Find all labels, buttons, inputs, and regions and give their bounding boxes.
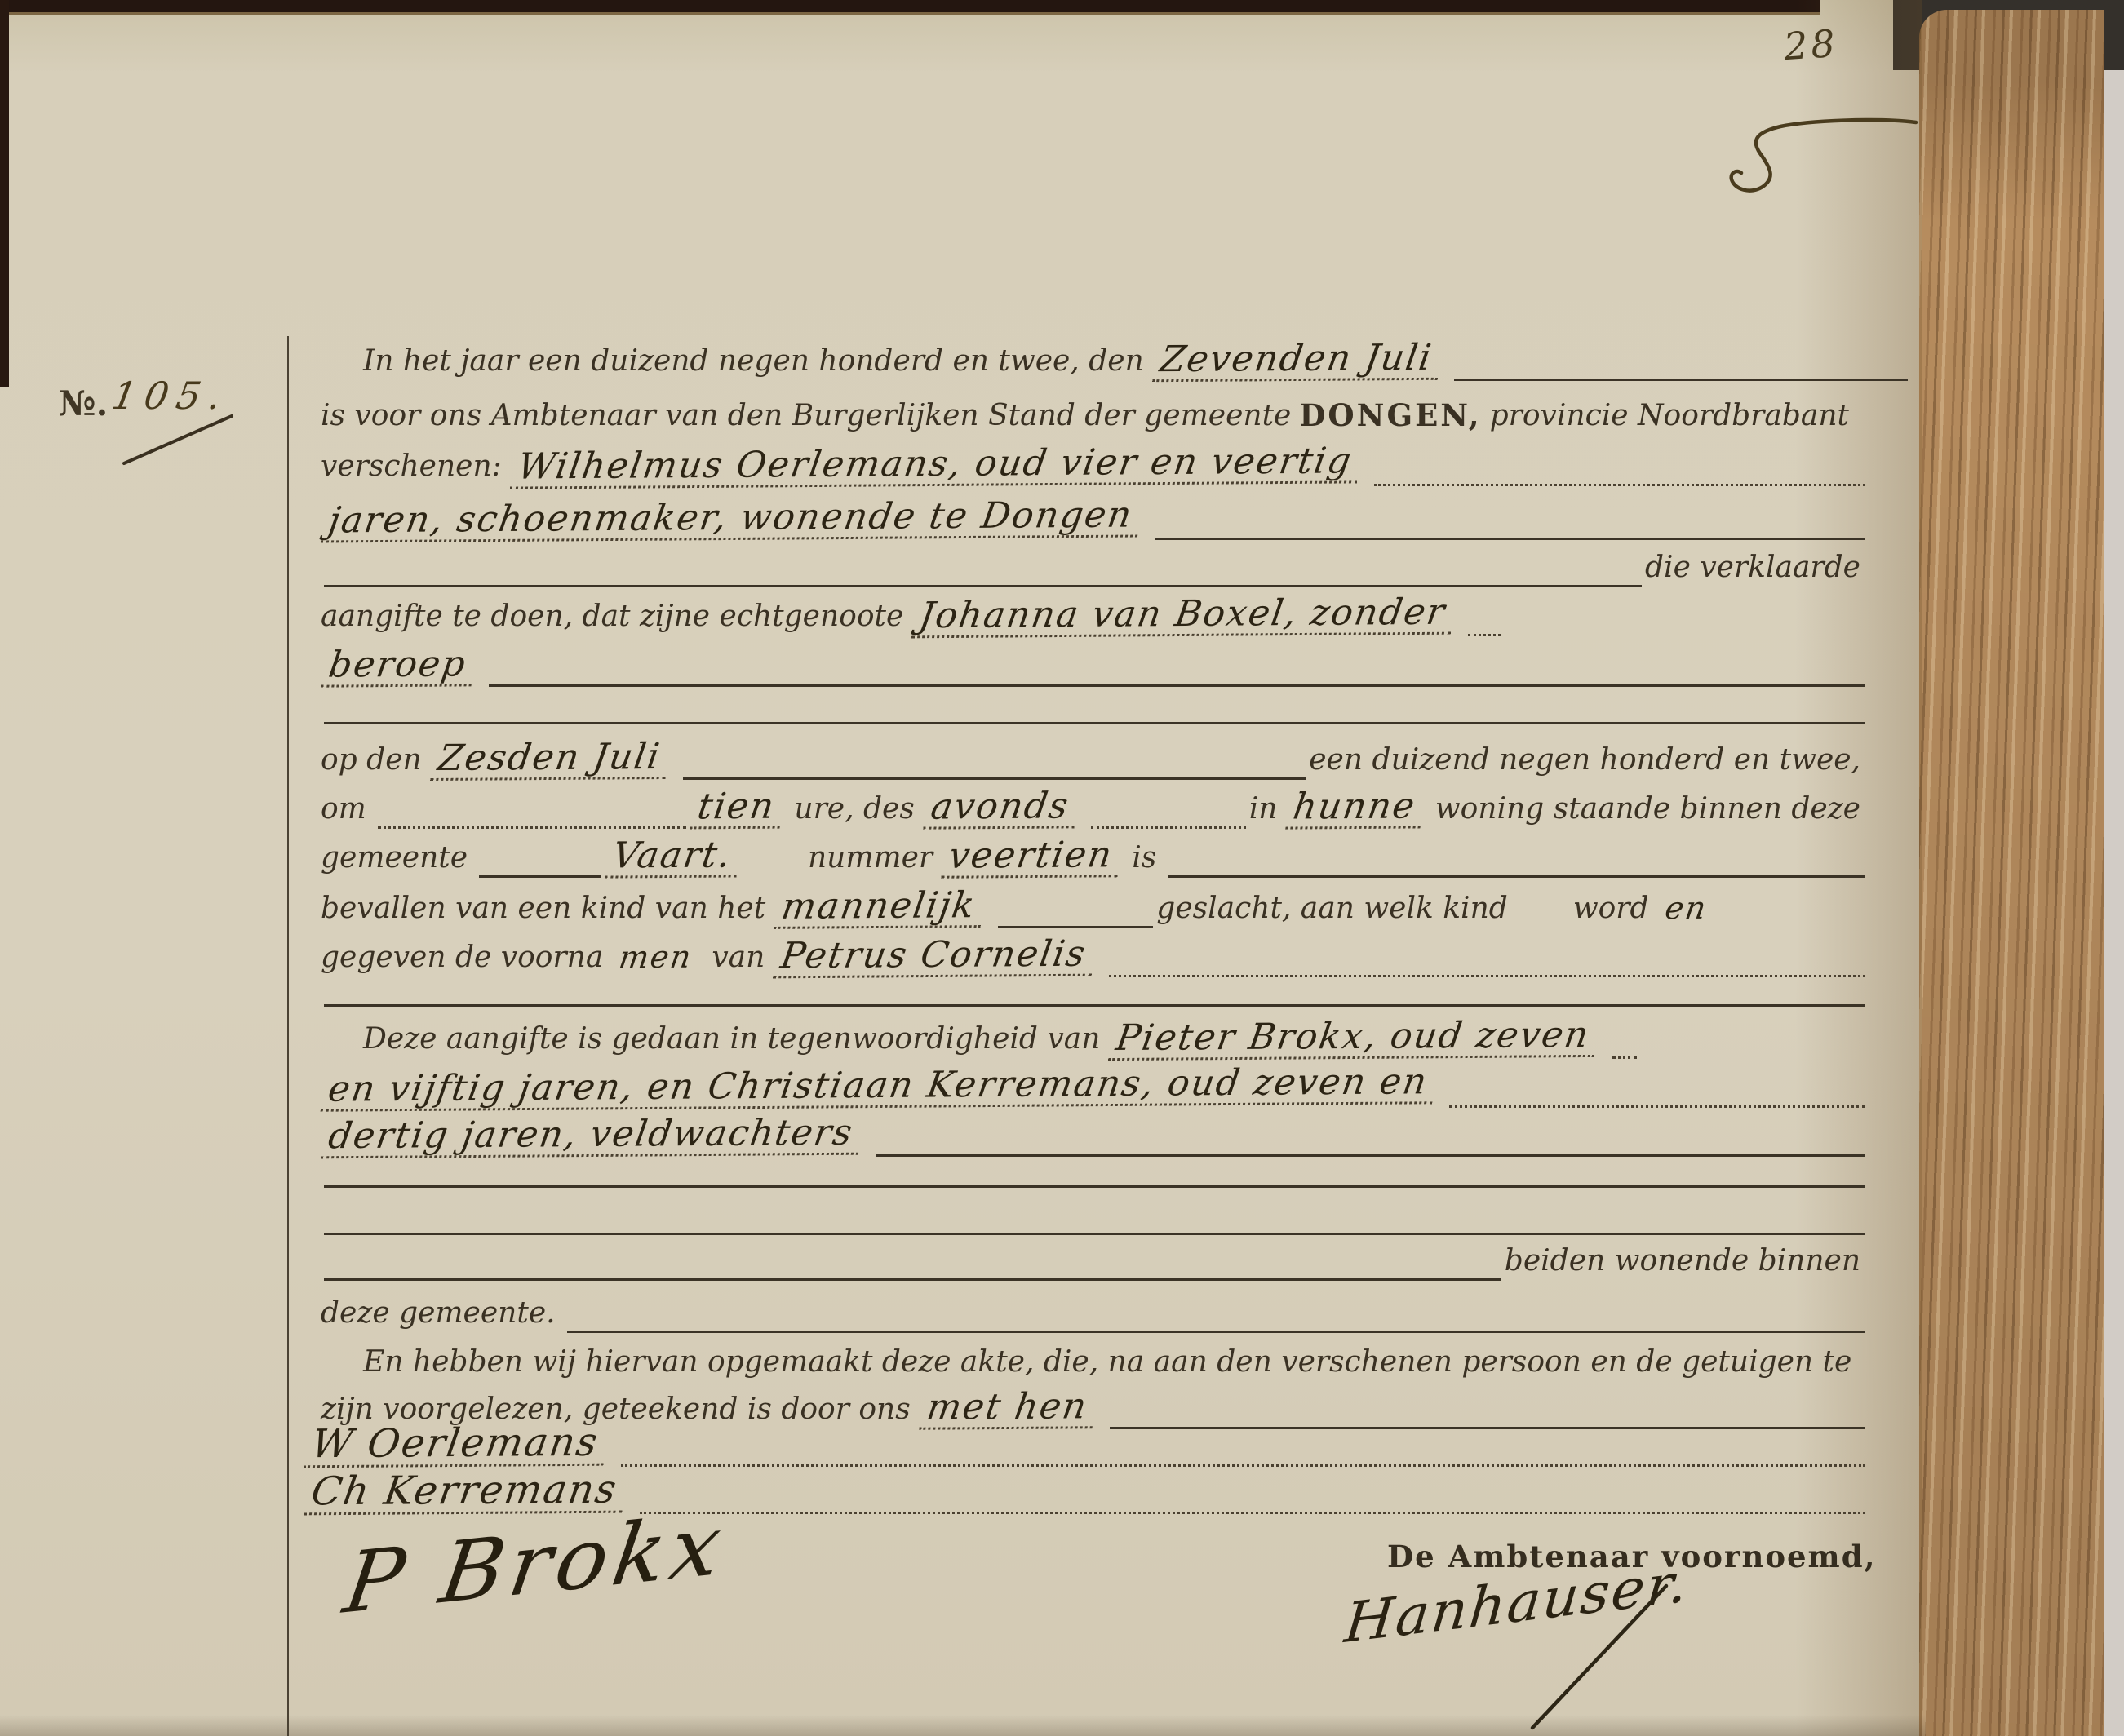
printed-text: is voor ons Ambtenaar van den Burgerlijk… <box>321 401 1299 439</box>
act-number-underline <box>124 416 232 463</box>
printed-text: aangifte te doen, dat zijne echtgenoote <box>321 602 911 640</box>
rule-fill <box>1468 634 1501 636</box>
rule-fill <box>324 722 1865 724</box>
printed-text: woning staande binnen deze <box>1435 795 1869 832</box>
printed-text: in <box>1249 795 1286 832</box>
printed-text: In het jaar een duizend negen honderd en… <box>363 347 1152 384</box>
rule-fill <box>1091 826 1245 829</box>
rule-fill <box>1155 538 1865 540</box>
section-separator-rule <box>321 972 1869 1010</box>
signature-line-witness-kerremans: Ch Kerremans <box>304 1472 1869 1517</box>
book-cover-top-edge <box>0 0 1820 15</box>
rule-fill <box>567 1331 1865 1333</box>
rule-fill <box>1449 1105 1865 1108</box>
form-line-mother-2: beroep <box>321 644 1869 690</box>
municipality-name: DONGEN, <box>1299 401 1489 439</box>
rule-fill <box>324 585 1642 587</box>
rule-fill <box>1612 1056 1637 1059</box>
rule-fill <box>1454 379 1908 381</box>
printed-text: Deze aangifte is gedaan in tegenwoordigh… <box>363 1025 1108 1062</box>
handwritten-witness-occupation: dertig jaren, veldwachters <box>321 1115 864 1159</box>
printed-text: beiden wonende binnen <box>1505 1247 1869 1284</box>
handwritten-name-infix: men <box>612 941 703 975</box>
folio-number: 28 <box>1782 21 1839 69</box>
printed-text: provincie Noordbrabant <box>1490 401 1857 439</box>
handwritten-word-suffix: en <box>1657 892 1717 925</box>
printed-text: gemeente <box>321 844 476 881</box>
act-number-label: №. <box>59 383 108 423</box>
form-line-date: In het jaar een duizend negen honderd en… <box>321 339 1911 384</box>
form-line-mother: aangifte te doen, dat zijne echtgenoote … <box>321 594 1869 640</box>
blank-rule-line <box>321 1154 1869 1191</box>
form-line-birthdate: op den Zesden Juli een duizend negen hon… <box>321 737 1869 783</box>
handwritten-witness-1: Pieter Brokx, oud zeven <box>1108 1017 1600 1061</box>
handwritten-mother-occupation: beroep <box>321 646 477 687</box>
printed-text: is <box>1132 844 1164 881</box>
rule-fill <box>324 1278 1501 1281</box>
handwritten-declarant-details: jaren, schoenmaker, wonende te Dongen <box>321 498 1143 543</box>
printed-text: geslacht, aan welk kind <box>1156 894 1516 932</box>
handwritten-birth-date: Zesden Juli <box>430 739 672 781</box>
form-line-declarant-2: jaren, schoenmaker, wonende te Dongen <box>321 498 1869 543</box>
form-line-witnesses-2: en vijftig jaren, en Christiaan Kerreman… <box>321 1065 1869 1111</box>
birth-certificate-scan: 28 №. 105. In het jaar een duizend negen… <box>0 0 2124 1736</box>
signature-line-declarant: W Oerlemans <box>304 1424 1869 1470</box>
printed-text: verschenen: <box>321 452 510 489</box>
rule-fill <box>1168 875 1865 878</box>
handwritten-house: hunne <box>1286 788 1427 829</box>
rule-fill <box>683 777 1306 780</box>
form-line-declared: die verklaarde <box>321 545 1869 591</box>
handwritten-daypart: avonds <box>923 788 1080 829</box>
form-line-birthtime: om tien ure, des avonds in hunne woning … <box>321 786 1869 832</box>
printed-text: op den <box>321 746 430 783</box>
form-line-residence: beiden wonende binnen <box>321 1238 1869 1284</box>
printed-text: een duizend negen honderd en twee, <box>1309 746 1869 783</box>
signature-witness-kerremans: Ch Kerremans <box>304 1470 628 1516</box>
handwritten-declarant-name: Wilhelmus Oerlemans, oud vier en veertig <box>510 443 1364 489</box>
rule-fill <box>324 1233 1865 1235</box>
handwritten-mother-name: Johanna van Boxel, zonder <box>911 595 1457 639</box>
rule-fill <box>378 826 686 829</box>
rule-fill <box>489 684 1865 687</box>
rule-fill <box>479 875 601 878</box>
printed-text: word <box>1573 894 1657 932</box>
printed-text: die verklaarde <box>1645 553 1869 591</box>
rule-fill <box>324 1185 1865 1188</box>
form-line-closing: En hebben wij hiervan opgemaakt deze akt… <box>321 1340 1911 1385</box>
form-line-registrar: is voor ons Ambtenaar van den Burgerlijk… <box>321 393 1869 439</box>
act-number: 105. <box>109 374 233 418</box>
rule-fill <box>621 1464 1865 1467</box>
rule-fill <box>1374 484 1865 486</box>
printed-text: bevallen van een kind van het <box>321 894 774 932</box>
book-cover-left-edge <box>0 0 9 387</box>
form-line-address: gemeente Vaart. nummer veertien is <box>321 835 1869 881</box>
handwritten-gender: mannelijk <box>774 888 987 929</box>
handwritten-hour: tien <box>690 789 786 830</box>
form-margin-rule <box>287 336 289 1736</box>
printed-text: nummer <box>808 844 941 881</box>
printed-text: deze gemeente. <box>321 1299 564 1336</box>
printed-text: ure, des <box>794 795 922 832</box>
rule-fill <box>640 1512 1865 1514</box>
form-line-witnesses: Deze aangifte is gedaan in tegenwoordigh… <box>321 1016 1911 1062</box>
signature-declarant: W Oerlemans <box>304 1423 610 1468</box>
blank-rule-line <box>321 1201 1869 1238</box>
handwritten-house-number: veertien <box>941 837 1124 879</box>
form-line-residence-2: deze gemeente. <box>321 1291 1869 1336</box>
handwritten-declaration-date: Zevenden Juli <box>1152 340 1443 382</box>
rule-fill <box>324 1004 1865 1007</box>
handwritten-witness-2: en vijftig jaren, en Christiaan Kerreman… <box>321 1064 1439 1112</box>
blank-rule-line <box>321 690 1869 728</box>
form-line-gender: bevallen van een kind van het mannelijk … <box>321 886 1869 932</box>
form-line-declarant: verschenen: Wilhelmus Oerlemans, oud vie… <box>321 444 1869 489</box>
printed-text: En hebben wij hiervan opgemaakt deze akt… <box>363 1348 1860 1385</box>
page-bottom-shadow <box>0 1715 1926 1736</box>
printed-text: om <box>321 795 375 832</box>
rule-fill <box>998 926 1153 928</box>
handwritten-street: Vaart. <box>605 837 742 878</box>
book-page-edges <box>1919 10 2104 1736</box>
